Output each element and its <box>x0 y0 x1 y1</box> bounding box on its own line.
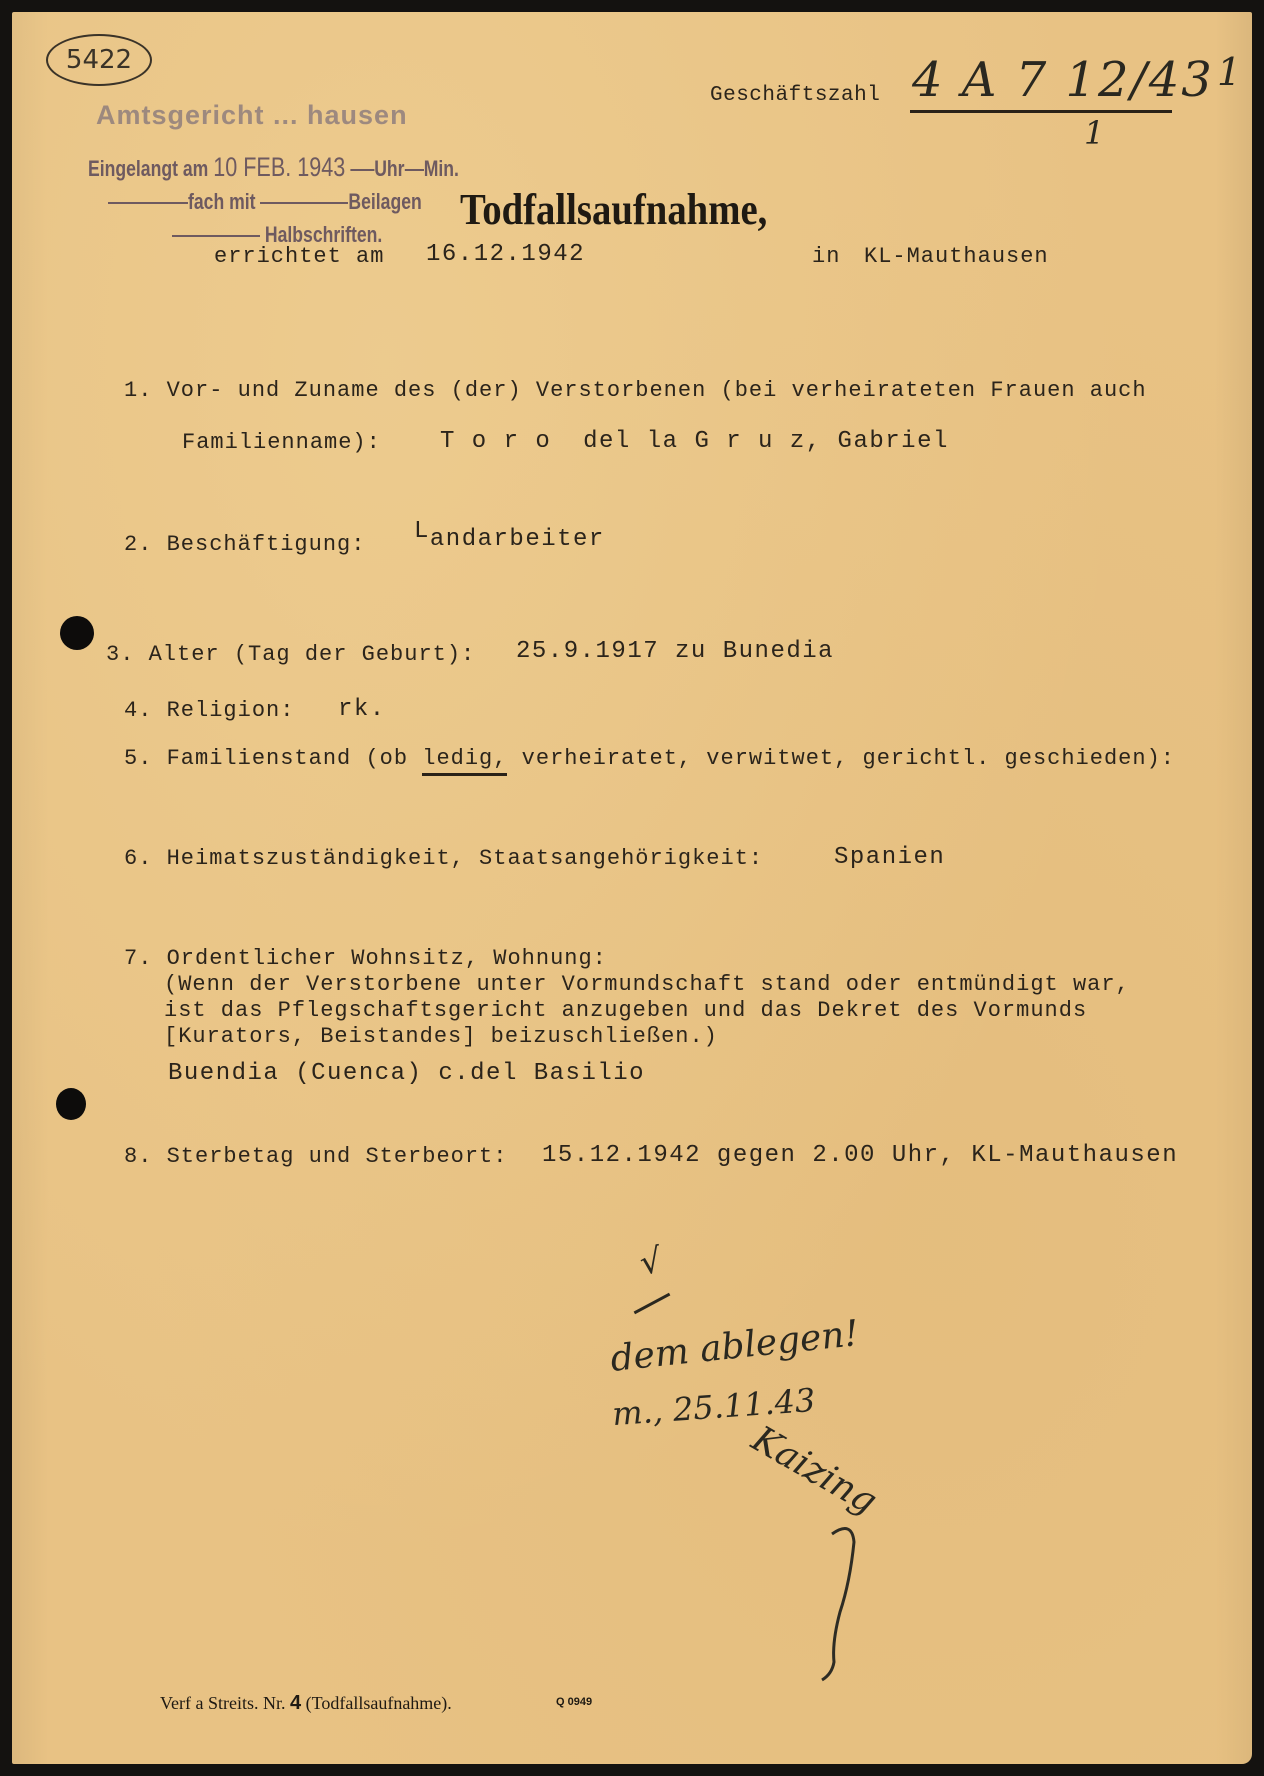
field-number: 3. <box>106 642 134 667</box>
field-7-note-line: ist das Pflegschaftsgericht anzugeben un… <box>164 998 1087 1023</box>
stamp-fach-line: fach mit Beilagen <box>108 189 422 215</box>
punch-hole <box>56 1088 86 1120</box>
established-place-label: in <box>812 244 840 269</box>
field-label: Beschäftigung: <box>167 532 366 557</box>
field-label: Heimatszuständigkeit, Staatsangehörigkei… <box>167 846 764 871</box>
established-place: KL-Mauthausen <box>864 244 1049 269</box>
field-1-label: 1. Vor- und Zuname des (der) Verstorbene… <box>124 378 1147 403</box>
field-7-value: Buendia (Cuenca) c.del Basilio <box>168 1060 645 1087</box>
field-label: Vor- und Zuname des (der) Verstorbenen (… <box>167 378 1147 403</box>
footer-form-number: 4 <box>290 1692 301 1714</box>
field-2-value: Landarbeiter <box>414 526 605 553</box>
field-2-value-initial: L <box>414 518 430 545</box>
field-number: 4. <box>124 698 152 723</box>
field-label: Alter (Tag der Geburt): <box>149 642 476 667</box>
handwritten-dash <box>634 1293 671 1314</box>
footer-form-id: Verf a Streits. Nr. 4 (Todfallsaufnahme)… <box>160 1692 452 1715</box>
field-1-label-cont: Familienname): <box>182 430 381 455</box>
case-number-label: Geschäftszahl <box>710 84 880 107</box>
case-number-extra-mark: 1 <box>1217 50 1241 94</box>
stamp-blank <box>350 169 374 171</box>
field-number: 1. <box>124 378 152 403</box>
stamp-minute-label: Min. <box>424 156 459 181</box>
stamp-blank <box>260 202 348 204</box>
stamp-blank <box>172 235 260 237</box>
field-number: 7. <box>124 946 152 971</box>
stamp-received-date: 10 FEB. 1943 <box>213 152 345 182</box>
field-8-value: 15.12.1942 gegen 2.00 Uhr, KL-Mauthausen <box>542 1142 1178 1169</box>
handwritten-checkmark: √ <box>637 1240 665 1283</box>
field-1-value: T o r o del la G r u z, Gabriel <box>440 428 949 455</box>
field-label-suffix: verheiratet, verwitwet, gerichtl. geschi… <box>522 746 1175 771</box>
stamp-blank <box>405 169 424 171</box>
field-4-label: 4. Religion: <box>124 698 294 723</box>
punch-hole <box>60 616 94 650</box>
handwritten-signature: Kaizing <box>745 1419 884 1523</box>
archive-number-oval: 5422 <box>46 34 152 86</box>
handwritten-note-line-1: dem ablegen! <box>609 1313 861 1380</box>
case-number-sub-mark: 1 <box>1084 114 1104 152</box>
field-5-selected-option: ledig, <box>422 746 507 776</box>
footer-form-prefix: Verf a Streits. Nr. <box>160 1693 285 1713</box>
document-page: 5422 Amtsgericht ... hausen Eingelangt a… <box>12 12 1252 1764</box>
field-4-value: rk. <box>338 696 386 723</box>
field-number: 6. <box>124 846 152 871</box>
field-2-value-rest: andarbeiter <box>430 526 605 553</box>
field-number: 5. <box>124 746 152 771</box>
field-label-prefix: Familienstand (ob <box>167 746 408 771</box>
handwritten-note-line-2: m., 25.11.43 <box>611 1381 817 1433</box>
document-title: Todfallsaufnahme, <box>460 184 767 235</box>
case-number-value: 4 A 7 12/43 <box>912 52 1214 108</box>
field-label: Religion: <box>167 698 295 723</box>
case-number-underline <box>910 110 1172 113</box>
stamp-hour-label: Uhr <box>374 156 404 181</box>
footer-code: Q 0949 <box>556 1696 592 1708</box>
field-number: 8. <box>124 1144 152 1169</box>
field-5-label: 5. Familienstand (ob ledig, verheiratet,… <box>124 746 1175 771</box>
field-7-label: 7. Ordentlicher Wohnsitz, Wohnung: <box>124 946 607 971</box>
stamp-received-line: Eingelangt am 10 FEB. 1943 UhrMin. <box>88 152 459 183</box>
field-3-label: 3. Alter (Tag der Geburt): <box>106 642 475 667</box>
stamp-court-name: Amtsgericht ... hausen <box>96 100 408 131</box>
field-3-value: 25.9.1917 zu Bunedia <box>516 638 834 665</box>
field-6-value: Spanien <box>834 844 945 871</box>
established-label: errichtet am <box>214 244 384 269</box>
field-6-label: 6. Heimatszuständigkeit, Staatsangehörig… <box>124 846 763 871</box>
field-7-note-line: (Wenn der Verstorbene unter Vormundschaf… <box>164 972 1130 997</box>
field-7-note-line: [Kurators, Beistandes] beizuschließen.) <box>164 1024 718 1049</box>
signature-flourish <box>792 1512 872 1682</box>
stamp-beilagen-label: Beilagen <box>348 189 421 214</box>
archive-number: 5422 <box>66 45 132 75</box>
field-2-label: 2. Beschäftigung: <box>124 532 365 557</box>
field-8-label: 8. Sterbetag und Sterbeort: <box>124 1144 507 1169</box>
stamp-fach-label: fach mit <box>188 189 255 214</box>
stamp-blank <box>108 202 188 204</box>
field-number: 2. <box>124 532 152 557</box>
footer-form-suffix: (Todfallsaufnahme). <box>306 1693 452 1713</box>
field-label: Ordentlicher Wohnsitz, Wohnung: <box>167 946 607 971</box>
stamp-received-label: Eingelangt am <box>88 156 208 181</box>
field-label: Sterbetag und Sterbeort: <box>167 1144 508 1169</box>
established-date: 16.12.1942 <box>426 241 585 268</box>
